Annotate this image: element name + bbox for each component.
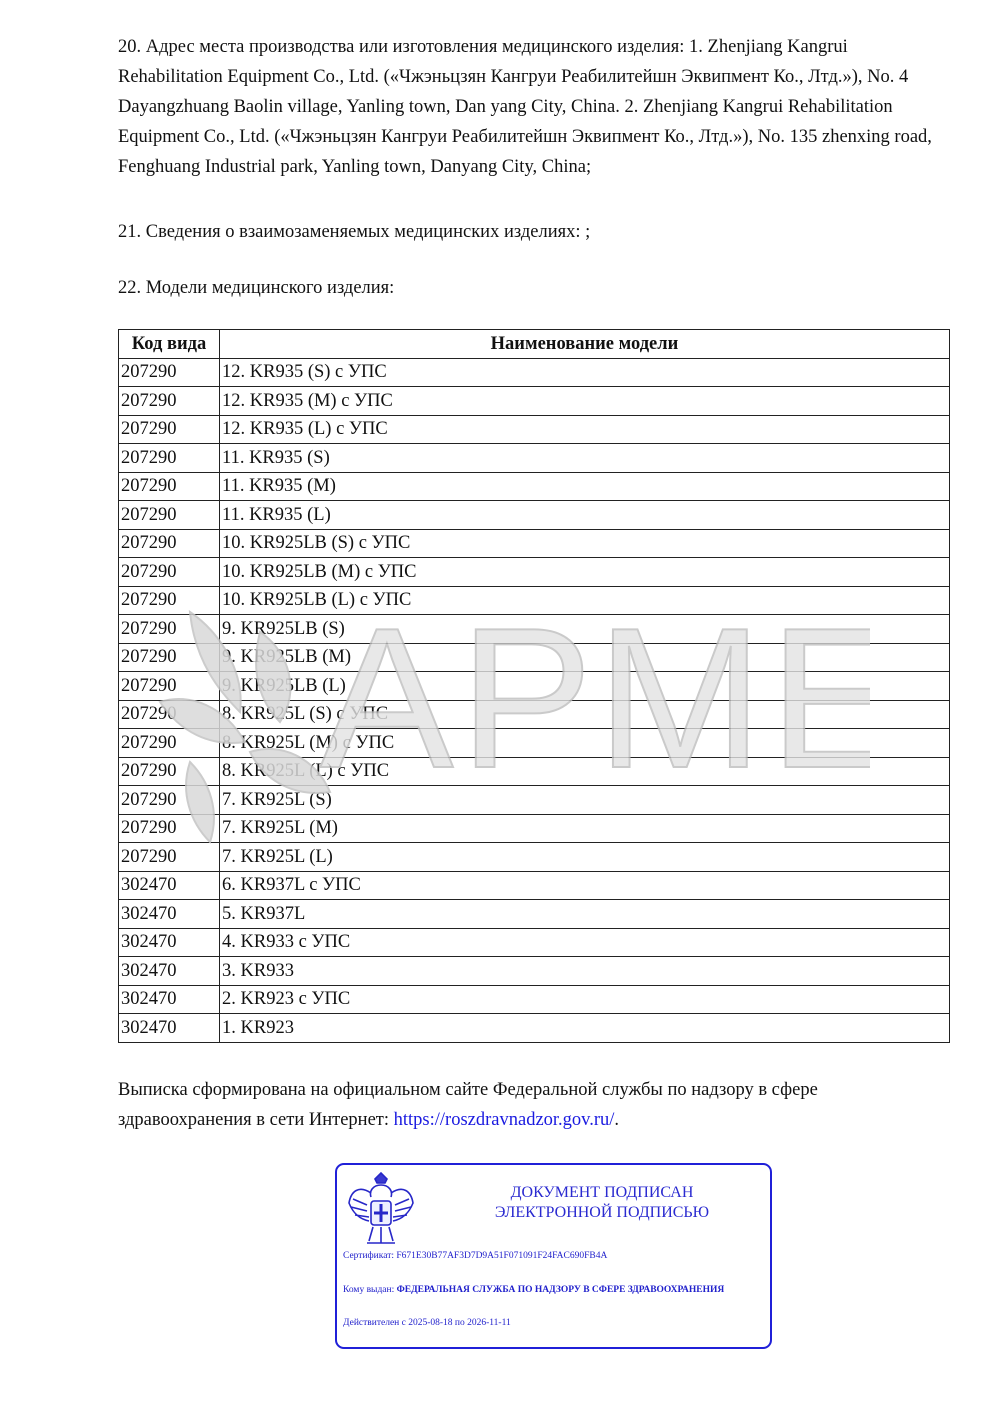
table-row: 20729011. KR935 (M) bbox=[119, 472, 950, 501]
model-name-cell: 9. KR925LB (S) bbox=[220, 615, 950, 644]
type-code-cell: 302470 bbox=[119, 985, 220, 1014]
type-code-cell: 302470 bbox=[119, 900, 220, 929]
model-name-cell: 12. KR935 (S) с УПС bbox=[220, 358, 950, 387]
table-row: 20729010. KR925LB (L) с УПС bbox=[119, 586, 950, 615]
column-header-code: Код вида bbox=[119, 330, 220, 359]
issued-to-line: Кому выдан: ФЕДЕРАЛЬНАЯ СЛУЖБА ПО НАДЗОР… bbox=[343, 1285, 724, 1295]
model-name-cell: 10. KR925LB (L) с УПС bbox=[220, 586, 950, 615]
section-20-manufacturing-address: 20. Адрес места производства или изготов… bbox=[118, 32, 948, 182]
model-name-cell: 6. KR937L с УПС bbox=[220, 871, 950, 900]
type-code-cell: 207290 bbox=[119, 643, 220, 672]
type-code-cell: 302470 bbox=[119, 957, 220, 986]
table-body: 20729012. KR935 (S) с УПС20729012. KR935… bbox=[119, 358, 950, 1042]
table-row: 20729012. KR935 (S) с УПС bbox=[119, 358, 950, 387]
table-row: 3024706. KR937L с УПС bbox=[119, 871, 950, 900]
type-code-cell: 207290 bbox=[119, 415, 220, 444]
table-row: 20729010. KR925LB (S) с УПС bbox=[119, 529, 950, 558]
table-row: 3024704. KR933 с УПС bbox=[119, 928, 950, 957]
type-code-cell: 207290 bbox=[119, 615, 220, 644]
model-name-cell: 7. KR925L (M) bbox=[220, 814, 950, 843]
table-row: 3024703. KR933 bbox=[119, 957, 950, 986]
model-name-cell: 11. KR935 (L) bbox=[220, 501, 950, 530]
validity-line: Действителен с 2025-08-18 по 2026-11-11 bbox=[343, 1318, 511, 1328]
table-row: 20729010. KR925LB (M) с УПС bbox=[119, 558, 950, 587]
type-code-cell: 207290 bbox=[119, 387, 220, 416]
table-row: 2072907. KR925L (S) bbox=[119, 786, 950, 815]
type-code-cell: 207290 bbox=[119, 358, 220, 387]
section-22-device-models: 22. Модели медицинского изделия: bbox=[118, 273, 948, 303]
model-name-cell: 8. KR925L (S) с УПС bbox=[220, 700, 950, 729]
model-name-cell: 7. KR925L (L) bbox=[220, 843, 950, 872]
table-row: 2072907. KR925L (M) bbox=[119, 814, 950, 843]
table-row: 2072909. KR925LB (S) bbox=[119, 615, 950, 644]
model-name-cell: 7. KR925L (S) bbox=[220, 786, 950, 815]
model-name-cell: 5. KR937L bbox=[220, 900, 950, 929]
table-row: 2072909. KR925LB (L) bbox=[119, 672, 950, 701]
certificate-number: F671E30B77AF3D7D9A51F071091F24FAC690FB4A bbox=[396, 1251, 607, 1261]
stamp-title: ДОКУМЕНТ ПОДПИСАН ЭЛЕКТРОННОЙ ПОДПИСЬЮ bbox=[457, 1183, 747, 1223]
table-row: 20729011. KR935 (S) bbox=[119, 444, 950, 473]
type-code-cell: 207290 bbox=[119, 558, 220, 587]
type-code-cell: 207290 bbox=[119, 444, 220, 473]
table-row: 20729012. KR935 (M) с УПС bbox=[119, 387, 950, 416]
type-code-cell: 207290 bbox=[119, 700, 220, 729]
issued-to-org: ФЕДЕРАЛЬНАЯ СЛУЖБА ПО НАДЗОРУ В СФЕРЕ ЗД… bbox=[397, 1285, 725, 1295]
type-code-cell: 207290 bbox=[119, 843, 220, 872]
electronic-signature-stamp: ДОКУМЕНТ ПОДПИСАН ЭЛЕКТРОННОЙ ПОДПИСЬЮ С… bbox=[335, 1163, 772, 1349]
model-name-cell: 9. KR925LB (M) bbox=[220, 643, 950, 672]
model-name-cell: 3. KR933 bbox=[220, 957, 950, 986]
type-code-cell: 207290 bbox=[119, 586, 220, 615]
type-code-cell: 207290 bbox=[119, 529, 220, 558]
table-row: 3024701. KR923 bbox=[119, 1014, 950, 1043]
model-name-cell: 11. KR935 (S) bbox=[220, 444, 950, 473]
section-21-interchangeable-devices: 21. Сведения о взаимозаменяемых медицинс… bbox=[118, 217, 948, 247]
models-table: Код вида Наименование модели 20729012. K… bbox=[118, 329, 950, 1043]
roszdravnadzor-link[interactable]: https://roszdravnadzor.gov.ru/ bbox=[394, 1110, 615, 1130]
table-row: 2072907. KR925L (L) bbox=[119, 843, 950, 872]
model-name-cell: 10. KR925LB (S) с УПС bbox=[220, 529, 950, 558]
model-name-cell: 2. KR923 с УПС bbox=[220, 985, 950, 1014]
model-name-cell: 11. KR935 (M) bbox=[220, 472, 950, 501]
model-name-cell: 4. KR933 с УПС bbox=[220, 928, 950, 957]
type-code-cell: 207290 bbox=[119, 786, 220, 815]
type-code-cell: 207290 bbox=[119, 814, 220, 843]
table-row: 2072908. KR925L (L) с УПС bbox=[119, 757, 950, 786]
table-row: 3024705. KR937L bbox=[119, 900, 950, 929]
table-header-row: Код вида Наименование модели bbox=[119, 330, 950, 359]
type-code-cell: 302470 bbox=[119, 1014, 220, 1043]
table-row: 2072909. KR925LB (M) bbox=[119, 643, 950, 672]
model-name-cell: 12. KR935 (M) с УПС bbox=[220, 387, 950, 416]
model-name-cell: 9. KR925LB (L) bbox=[220, 672, 950, 701]
type-code-cell: 207290 bbox=[119, 672, 220, 701]
certificate-line: Сертификат: F671E30B77AF3D7D9A51F071091F… bbox=[343, 1251, 607, 1261]
footer-note: Выписка сформирована на официальном сайт… bbox=[118, 1075, 948, 1135]
type-code-cell: 302470 bbox=[119, 928, 220, 957]
model-name-cell: 12. KR935 (L) с УПС bbox=[220, 415, 950, 444]
model-name-cell: 8. KR925L (M) с УПС bbox=[220, 729, 950, 758]
double-headed-eagle-emblem-icon bbox=[345, 1171, 417, 1249]
table-row: 2072908. KR925L (M) с УПС bbox=[119, 729, 950, 758]
column-header-model-name: Наименование модели bbox=[220, 330, 950, 359]
type-code-cell: 207290 bbox=[119, 757, 220, 786]
model-name-cell: 1. KR923 bbox=[220, 1014, 950, 1043]
type-code-cell: 207290 bbox=[119, 729, 220, 758]
table-row: 20729011. KR935 (L) bbox=[119, 501, 950, 530]
table-row: 3024702. KR923 с УПС bbox=[119, 985, 950, 1014]
type-code-cell: 302470 bbox=[119, 871, 220, 900]
table-row: 2072908. KR925L (S) с УПС bbox=[119, 700, 950, 729]
model-name-cell: 8. KR925L (L) с УПС bbox=[220, 757, 950, 786]
type-code-cell: 207290 bbox=[119, 501, 220, 530]
type-code-cell: 207290 bbox=[119, 472, 220, 501]
table-row: 20729012. KR935 (L) с УПС bbox=[119, 415, 950, 444]
model-name-cell: 10. KR925LB (M) с УПС bbox=[220, 558, 950, 587]
